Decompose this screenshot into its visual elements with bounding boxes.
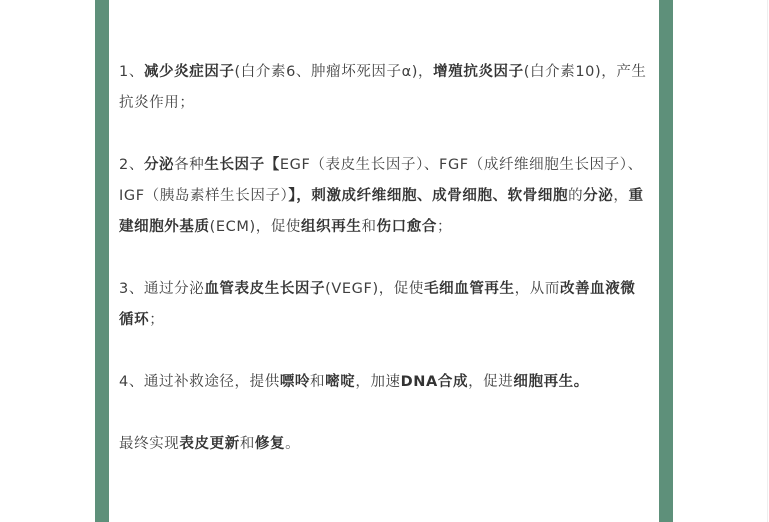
bold-text-segment: 增殖抗炎因子 — [433, 64, 524, 80]
text-segment: ， — [613, 188, 628, 204]
bold-text-segment: 伤口愈合 — [377, 219, 437, 235]
text-segment: 和 — [310, 374, 325, 390]
text-segment: ，促进 — [468, 374, 513, 390]
text-segment: 1、 — [119, 64, 144, 80]
bold-text-segment: 嘧啶 — [325, 374, 355, 390]
text-segment: 4、通过补救途径，提供 — [119, 374, 280, 390]
bold-text-segment: 血管表皮生长因子 — [204, 281, 325, 297]
text-segment: 3、通过分泌 — [119, 281, 204, 297]
text-segment: 和 — [240, 436, 255, 452]
text-segment: (白介素6、肿瘤坏死因子α)， — [235, 64, 434, 80]
bold-text-segment: 分泌 — [144, 157, 174, 173]
bold-text-segment: 生长因子【 — [204, 157, 280, 173]
page-edge-divider — [767, 0, 768, 522]
text-segment: 2、 — [119, 157, 144, 173]
text-segment: 各种 — [174, 157, 204, 173]
bold-text-segment: DNA合成 — [401, 374, 468, 390]
text-segment: ； — [149, 312, 164, 328]
bold-text-segment: 组织再生 — [301, 219, 361, 235]
text-segment: 和 — [361, 219, 376, 235]
article-body: 1、减少炎症因子(白介素6、肿瘤坏死因子α)，增殖抗炎因子(白介素10)，产生抗… — [119, 57, 649, 460]
bold-text-segment: 】，刺激成纤维细胞、成骨细胞、软骨细胞 — [288, 188, 568, 204]
paragraph-5: 最终实现表皮更新和修复。 — [119, 429, 649, 460]
paragraph-4: 4、通过补救途径，提供嘌呤和嘧啶，加速DNA合成，促进细胞再生。 — [119, 367, 649, 398]
text-segment: 的 — [568, 188, 583, 204]
paragraph-spacer — [119, 119, 649, 150]
text-segment: 。 — [285, 436, 300, 452]
paragraph-3: 3、通过分泌血管表皮生长因子(VEGF)，促使毛细血管再生，从而改善血液微循环； — [119, 274, 649, 336]
paragraph-2: 2、分泌各种生长因子【EGF（表皮生长因子）、FGF（成纤维细胞生长因子）、IG… — [119, 150, 649, 243]
bold-text-segment: 分泌 — [583, 188, 613, 204]
bold-text-segment: 毛细血管再生 — [424, 281, 515, 297]
bold-text-segment: 修复 — [255, 436, 285, 452]
paragraph-spacer — [119, 398, 649, 429]
left-decorative-bar — [95, 0, 109, 522]
text-segment: ，加速 — [355, 374, 400, 390]
text-segment: ，从而 — [515, 281, 560, 297]
text-segment: ； — [437, 219, 452, 235]
paragraph-spacer — [119, 243, 649, 274]
bold-text-segment: 细胞再生。 — [513, 374, 589, 390]
text-segment: 最终实现 — [119, 436, 179, 452]
paragraph-1: 1、减少炎症因子(白介素6、肿瘤坏死因子α)，增殖抗炎因子(白介素10)，产生抗… — [119, 57, 649, 119]
text-segment: (ECM)，促使 — [210, 219, 301, 235]
text-segment: (VEGF)，促使 — [325, 281, 424, 297]
bold-text-segment: 减少炎症因子 — [144, 64, 235, 80]
paragraph-spacer — [119, 336, 649, 367]
right-decorative-bar — [659, 0, 673, 522]
bold-text-segment: 表皮更新 — [179, 436, 239, 452]
bold-text-segment: 嘌呤 — [280, 374, 310, 390]
